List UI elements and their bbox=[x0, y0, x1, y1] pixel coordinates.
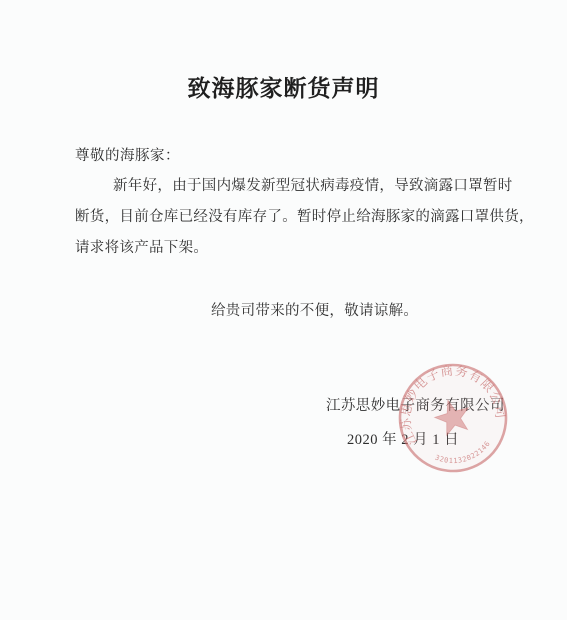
paragraph-line-3: 请求将该产品下架。 bbox=[75, 236, 208, 257]
scanned-letter-page: 致海豚家断货声明 尊敬的海豚家： 新年好，由于国内爆发新型冠状病毒疫情，导致滴露… bbox=[0, 0, 567, 620]
document-title: 致海豚家断货声明 bbox=[0, 70, 567, 103]
greeting-line: 尊敬的海豚家： bbox=[75, 144, 180, 165]
stamp-ring bbox=[387, 352, 518, 483]
closing-line: 给贵司带来的不便，敬请谅解。 bbox=[211, 299, 418, 320]
company-stamp-svg: 江苏思妙电子商务有限公司 3201132022146 bbox=[366, 331, 539, 504]
signature-company: 江苏思妙电子商务有限公司 bbox=[326, 394, 505, 415]
signature-date: 2020 年 2 月 1 日 bbox=[347, 428, 459, 449]
paragraph-line-2: 断货，目前仓库已经没有库存了。暂时停止给海豚家的滴露口罩供货， bbox=[75, 205, 534, 226]
paragraph-line-1: 新年好，由于国内爆发新型冠状病毒疫情，导致滴露口罩暂时 bbox=[75, 174, 513, 195]
company-stamp: 江苏思妙电子商务有限公司 3201132022146 bbox=[366, 331, 539, 504]
